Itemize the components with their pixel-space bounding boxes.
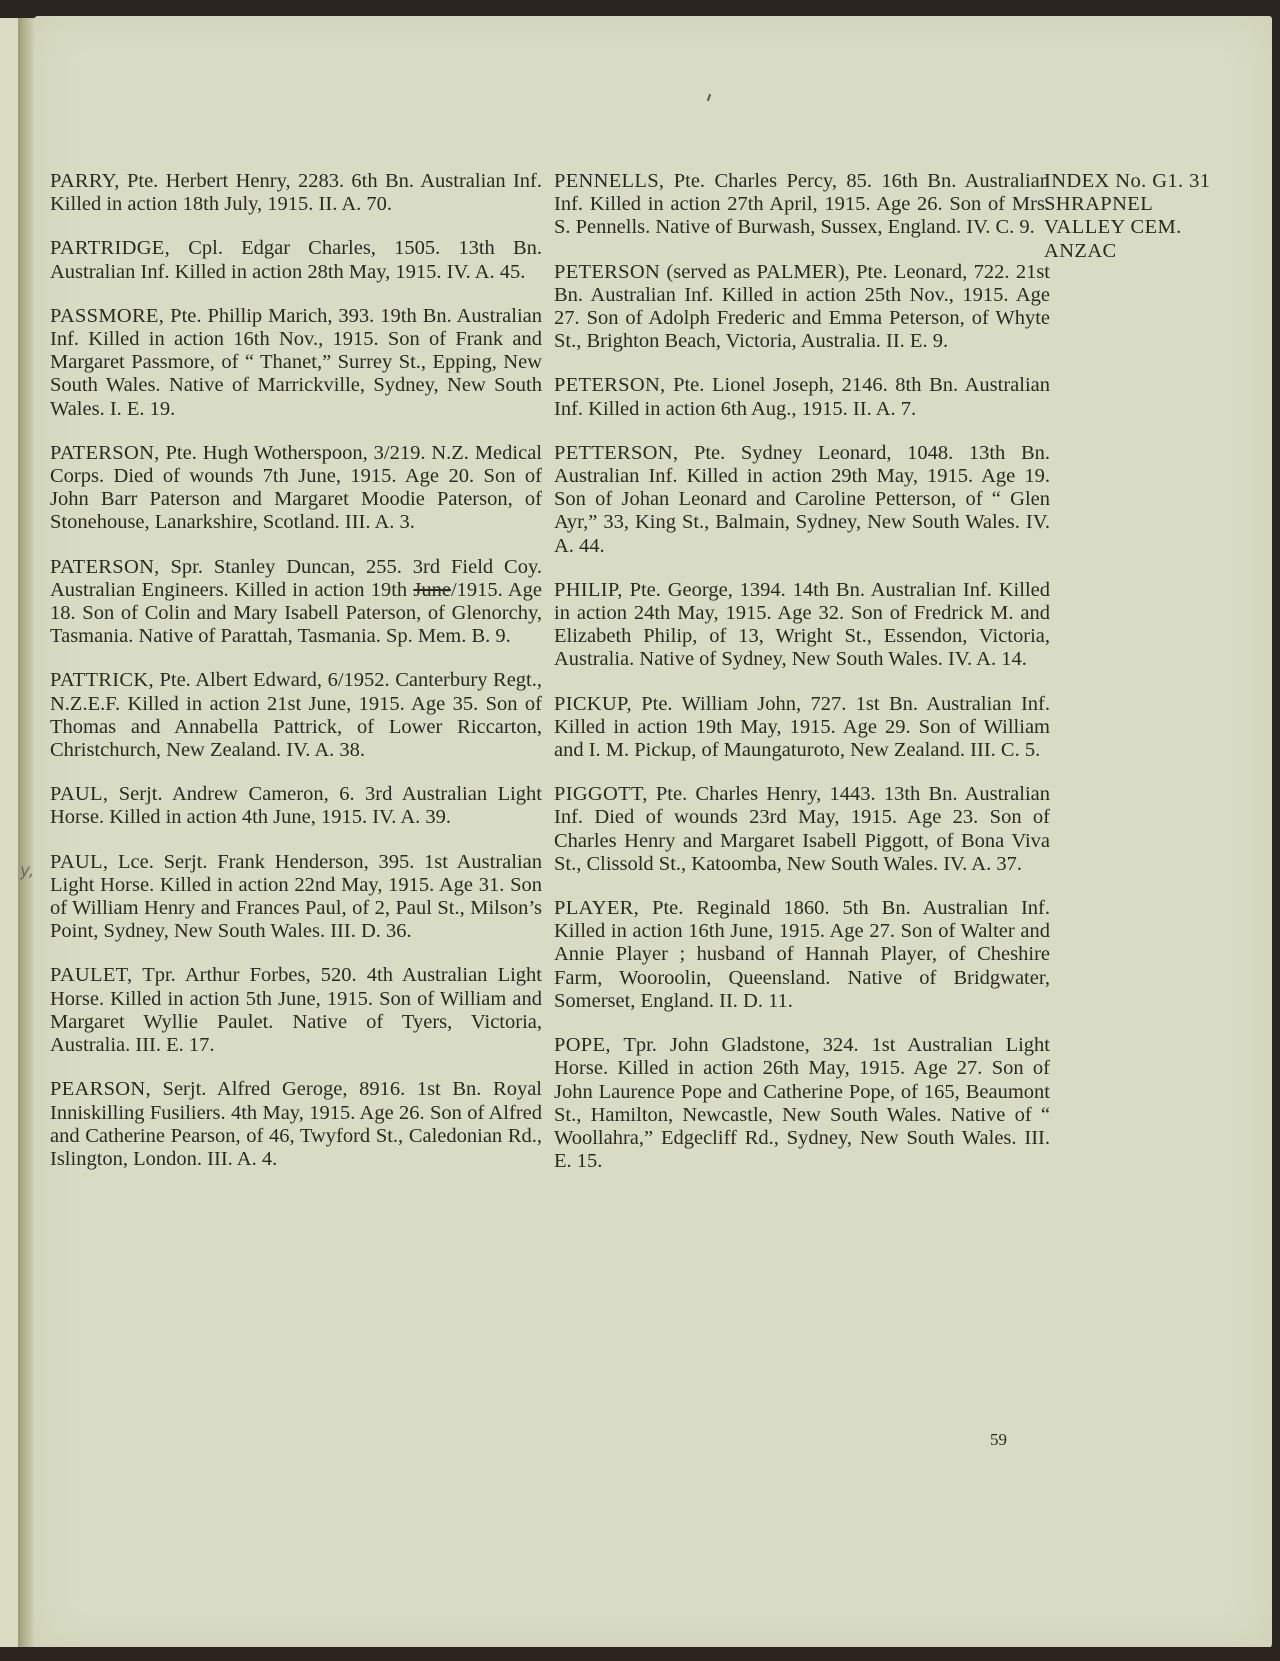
cemetery-name-line2: VALLEY CEM. [1044, 216, 1274, 239]
entry-peterson-leonard: PETERSON (served as PALMER), Pte. Leonar… [554, 261, 1050, 354]
entry-paul-frank: PAUL, Lce. Serjt. Frank Henderson, 395. … [50, 851, 542, 944]
entry-pope: POPE, Tpr. John Gladstone, 324. 1st Aust… [554, 1034, 1050, 1173]
cemetery-header: INDEX No. G1. 31 SHRAPNEL VALLEY CEM. AN… [1044, 170, 1274, 263]
entry-surname: PIGGOTT, [554, 783, 648, 805]
ink-speck [707, 94, 711, 101]
entry-pearson: PEARSON, Serjt. Alfred Geroge, 8916. 1st… [50, 1078, 542, 1171]
entry-surname: PEARSON, [50, 1078, 151, 1100]
entry-parry: PARRY, Pte. Herbert Henry, 2283. 6th Bn.… [50, 170, 542, 216]
entry-surname: PETERSON [554, 261, 660, 283]
entry-peterson-lionel: PETERSON, Pte. Lionel Joseph, 2146. 8th … [554, 374, 1050, 420]
right-column: PENNELLS, Pte. Charles Percy, 85. 16th B… [554, 170, 1050, 1194]
entry-petterson: PETTERSON, Pte. Sydney Leonard, 1048. 13… [554, 442, 1050, 558]
entry-pickup: PICKUP, Pte. William John, 727. 1st Bn. … [554, 693, 1050, 763]
register-page: PARRY, Pte. Herbert Henry, 2283. 6th Bn.… [34, 16, 1272, 1648]
entry-surname: PARTRIDGE, [50, 237, 170, 259]
entry-pattrick: PATTRICK, Pte. Albert Edward, 6/1952. Ca… [50, 669, 542, 762]
entry-details: Lce. Serjt. Frank Henderson, 395. 1st Au… [50, 851, 542, 943]
entry-paul-andrew: PAUL, Serjt. Andrew Cameron, 6. 3rd Aust… [50, 783, 542, 829]
entry-passmore: PASSMORE, Pte. Phillip Marich, 393. 19th… [50, 305, 542, 421]
entry-surname: PAULET, [50, 964, 132, 986]
cemetery-name-line1: SHRAPNEL [1044, 193, 1274, 216]
entry-surname: PETTERSON, [554, 442, 678, 464]
entry-surname: PATTRICK, [50, 669, 154, 691]
entry-surname: PAUL, [50, 851, 108, 873]
entry-details: Serjt. Andrew Cameron, 6. 3rd Australian… [50, 783, 542, 828]
entry-surname: PAUL, [50, 783, 108, 805]
entry-piggott: PIGGOTT, Pte. Charles Henry, 1443. 13th … [554, 783, 1050, 876]
entry-surname: PARRY, [50, 170, 120, 192]
entry-surname: PICKUP, [554, 693, 632, 715]
entry-player: PLAYER, Pte. Reginald 1860. 5th Bn. Aust… [554, 897, 1050, 1013]
entry-surname: PLAYER, [554, 897, 639, 919]
entry-surname: PENNELLS, [554, 170, 664, 192]
entry-surname: PATERSON, [50, 442, 160, 464]
page-number: 59 [990, 1430, 1007, 1450]
entry-details: Pte. Herbert Henry, 2283. 6th Bn. Austra… [50, 170, 542, 215]
entry-paterson-hugh: PATERSON, Pte. Hugh Wotherspoon, 3/219. … [50, 442, 542, 535]
background-surface [0, 1647, 1280, 1661]
entry-pennells: PENNELLS, Pte. Charles Percy, 85. 16th B… [554, 170, 1050, 240]
entry-surname: PHILIP, [554, 579, 623, 601]
entry-surname: PASSMORE, [50, 305, 164, 327]
entry-surname: PATERSON, [50, 556, 160, 578]
index-number: INDEX No. G1. 31 [1044, 170, 1274, 193]
entry-paterson-stanley: PATERSON, Spr. Stanley Duncan, 255. 3rd … [50, 556, 542, 649]
entry-surname: PETERSON, [554, 374, 665, 396]
entry-paulet: PAULET, Tpr. Arthur Forbes, 520. 4th Aus… [50, 964, 542, 1057]
entry-philip: PHILIP, Pte. George, 1394. 14th Bn. Aust… [554, 579, 1050, 672]
entry-partridge: PARTRIDGE, Cpl. Edgar Charles, 1505. 13t… [50, 237, 542, 283]
entry-details: Tpr. John Gladstone, 324. 1st Australian… [554, 1034, 1050, 1172]
left-column: PARRY, Pte. Herbert Henry, 2283. 6th Bn.… [50, 170, 542, 1192]
handwritten-margin-note: y, [20, 860, 34, 883]
entry-surname: POPE, [554, 1034, 611, 1056]
struck-through-word: June [413, 579, 451, 601]
cemetery-location: ANZAC [1044, 240, 1274, 263]
entry-details: Pte. George, 1394. 14th Bn. Australian I… [554, 579, 1050, 671]
